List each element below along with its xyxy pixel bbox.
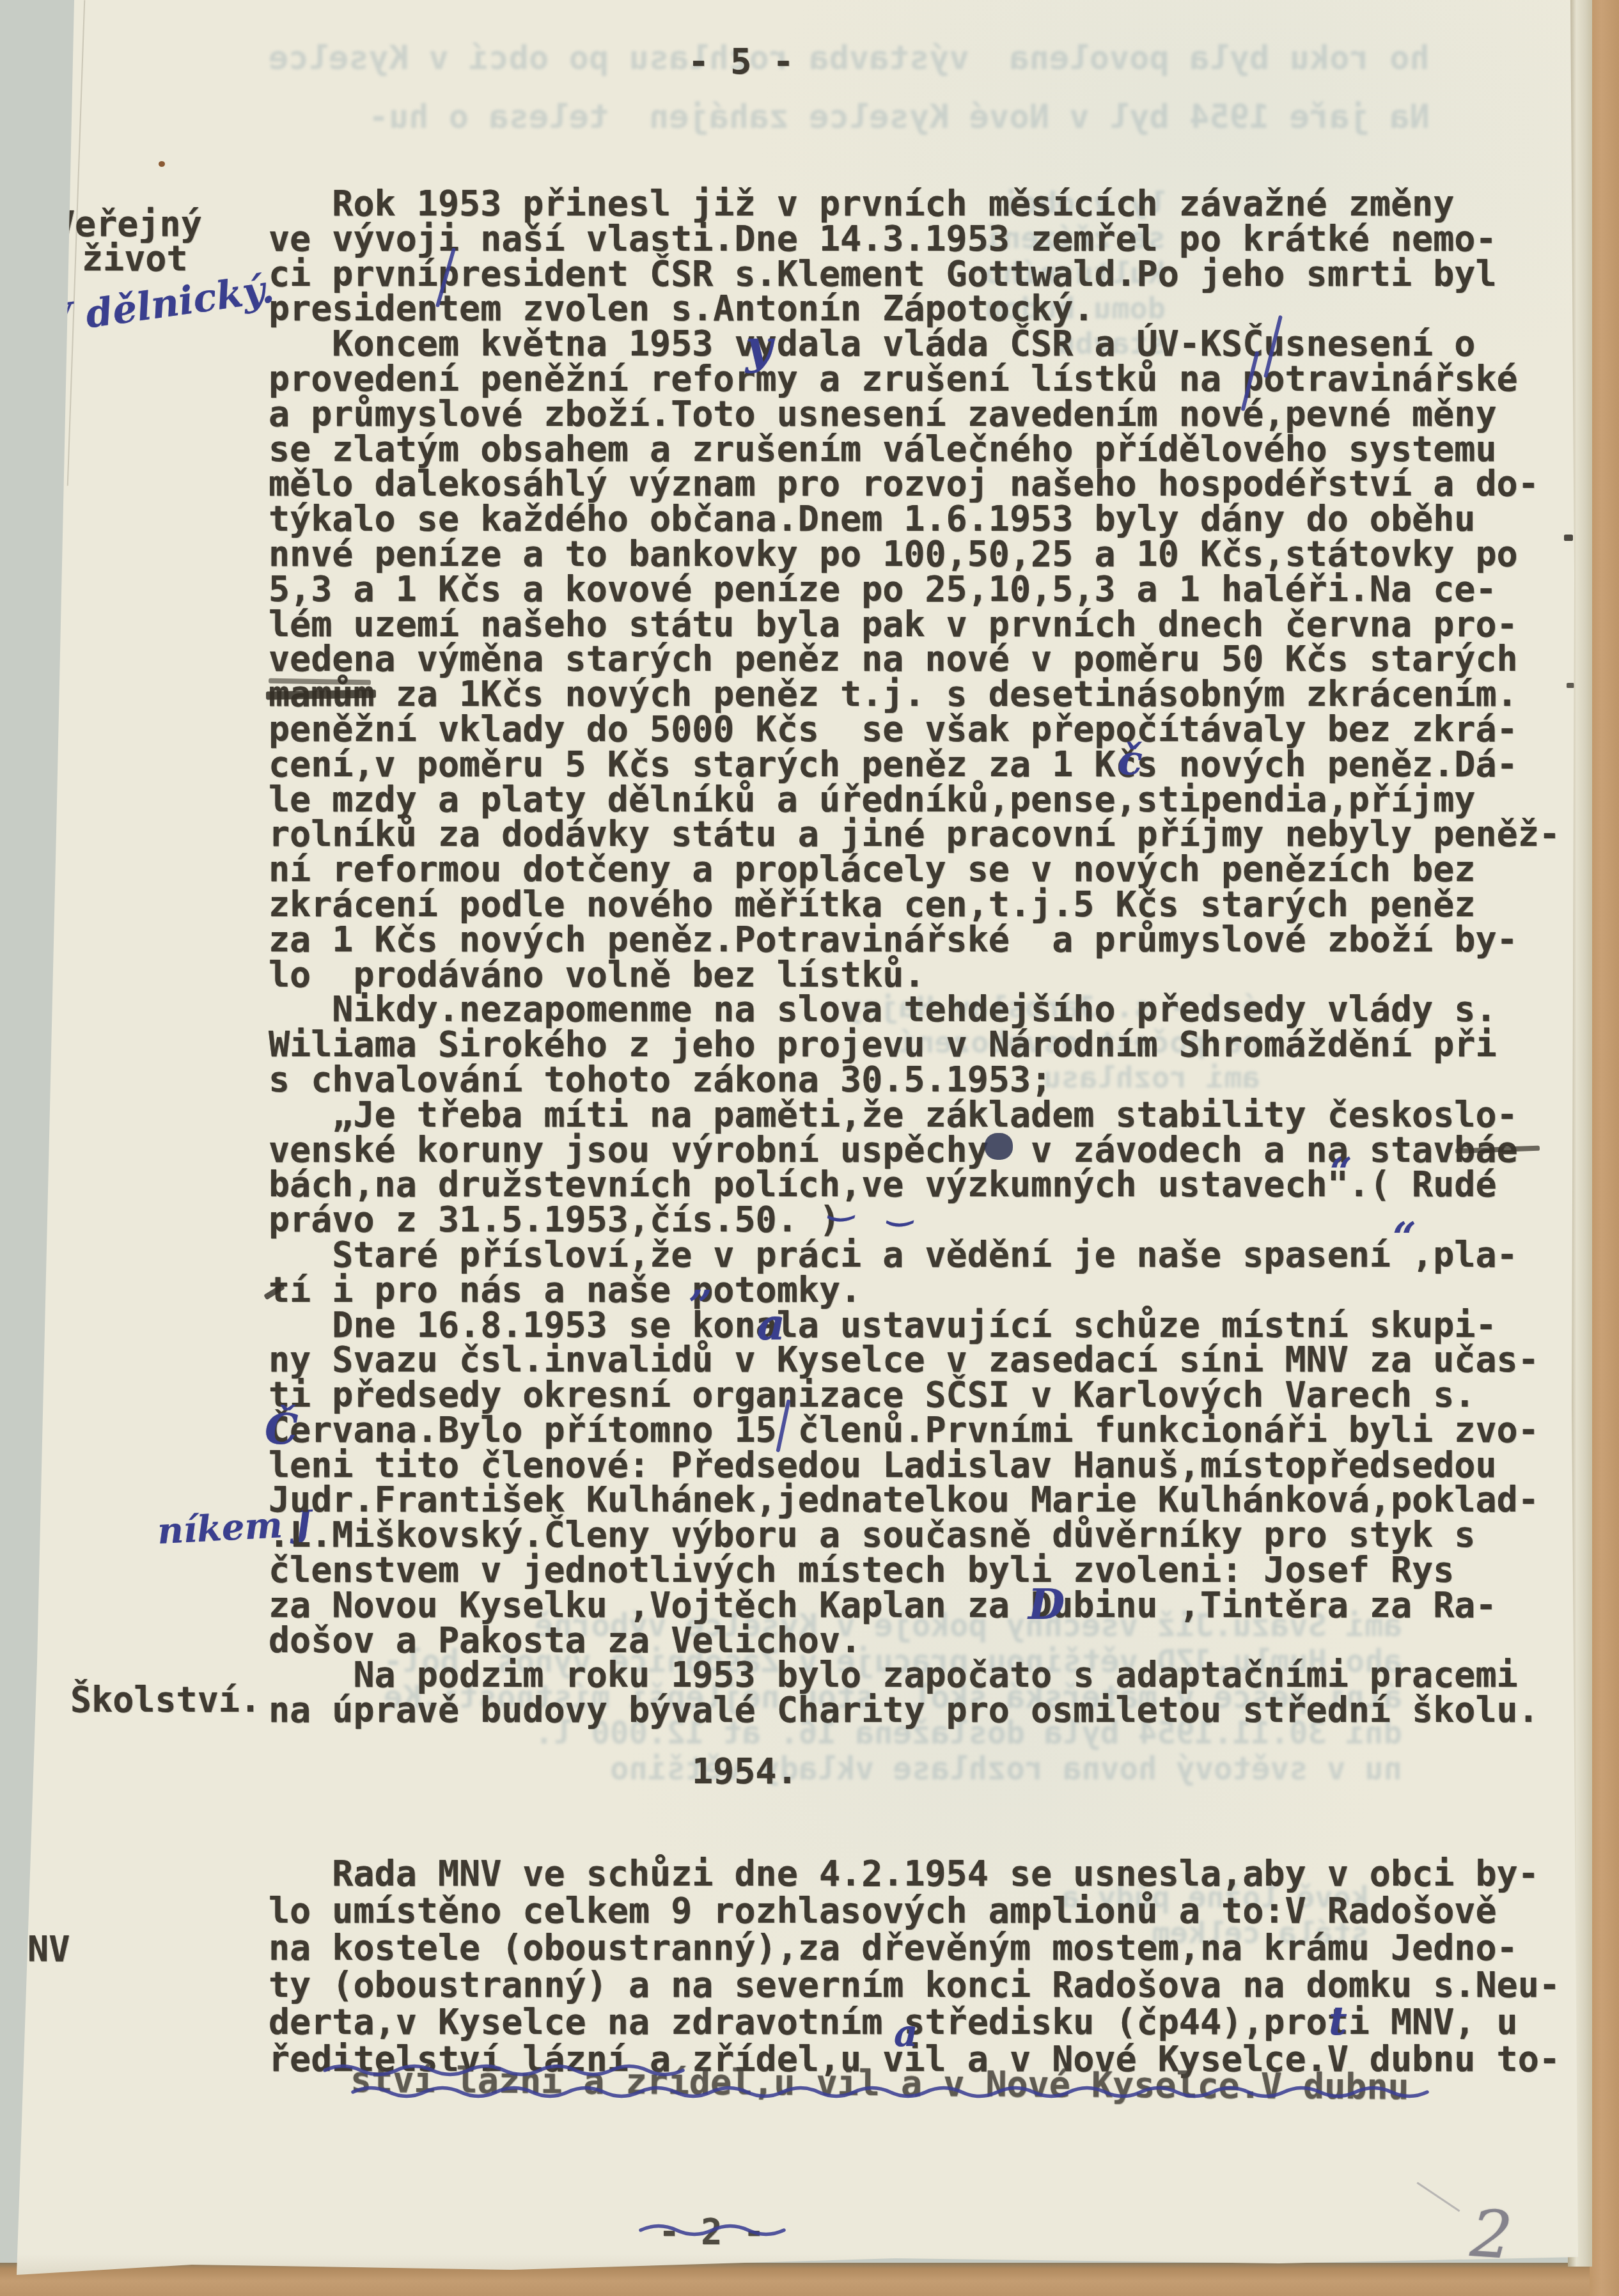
typed-line: za Novou Kyselku ,Vojtěch Kaplan za Dubi… [269, 1588, 1560, 1623]
year-heading-1954: 1954. [692, 1751, 798, 1792]
book-cover-bottom-edge [0, 2263, 1619, 2296]
handwritten-correction: D [1028, 1579, 1065, 1629]
typed-line: nnvé peníze a to bankovky po 100,50,25 a… [269, 536, 1560, 572]
typed-line: ní reformou dotčeny a proplácely se v no… [269, 852, 1560, 887]
chronicle-text-1953: Rok 1953 přinesl již v prvních měsících … [269, 186, 1560, 1728]
typed-line: Nikdy.nezapomenme na slova tehdejšího př… [269, 992, 1560, 1027]
typed-line: rolníků za dodávky státu a jiné pracovní… [269, 816, 1560, 852]
typed-line: cení,v poměru 5 Kčs starých peněz za 1 K… [269, 747, 1560, 782]
ink-speck [159, 161, 165, 167]
pencil-stroke [1416, 2182, 1460, 2212]
handwritten-correction: „ [689, 1258, 713, 1306]
margin-note-skolstvi: Školství. [70, 1679, 261, 1720]
typed-line: le mzdy a platy dělníků a úředníků,pense… [269, 782, 1560, 817]
handwritten-correction: Č [265, 1404, 299, 1454]
typed-line: presidentem zvolen s.Antonín Zápotocký. [269, 291, 1560, 326]
typed-line: vedena výměna starých peněz na nové v po… [269, 641, 1560, 676]
strikethrough-wave [353, 2081, 1373, 2104]
paper-crease [35, 448, 61, 933]
bleedthrough-text: ho roku byla povolena výstavba rozhlasu … [269, 29, 1430, 146]
typed-line: 5,3 a 1 Kčs a kovové peníze po 25,10,5,3… [269, 572, 1560, 607]
scanner-background: ho roku byla povolena výstavba rozhlasu … [0, 0, 1619, 2296]
typed-line: Rok 1953 přinesl již v prvních měsících … [269, 186, 1560, 221]
typed-line: leni tito členové: Předsedou Ladislav Ha… [269, 1448, 1560, 1483]
typed-line: se zlatým obsahem a zrušením válečného p… [269, 432, 1560, 467]
paper-hole [28, 771, 47, 785]
typed-line: právo z 31.5.1953,čís.50. ) [269, 1202, 1560, 1237]
typed-line: došov a Pakosta za Velichov. [269, 1623, 1560, 1658]
handwritten-correction: č [1118, 737, 1143, 785]
typed-line: Dne 16.8.1953 se konala ustavující schůz… [269, 1308, 1560, 1343]
handwritten-correction: a [894, 2011, 918, 2055]
handwritten-correction: ‿ [830, 1187, 854, 1221]
typed-line: mělo dalekosáhlý význam pro rozvoj našeh… [269, 466, 1560, 501]
typed-line: mamům za 1Kčs nových peněz t.j. s deseti… [269, 676, 1560, 712]
strikethrough-wave [325, 2059, 657, 2082]
handwritten-correction: “ [1393, 1214, 1416, 1261]
handwritten-correction: a [757, 1299, 785, 1350]
handwritten-correction: “ [1330, 1150, 1352, 1194]
typed-line: Koncem května 1953 vydala vláda ČSR a ÚV… [269, 326, 1560, 361]
overtype-strike [985, 1133, 1013, 1160]
typed-line: za 1 Kčs nových peněz.Potravinářské a pr… [269, 922, 1560, 957]
strikethrough-wave [641, 2219, 781, 2242]
page-number: - 5 - [688, 41, 794, 82]
typed-line: ty (oboustranný) a na severním konci Rad… [269, 1966, 1560, 2003]
ink-speck [1567, 683, 1574, 688]
typed-line: Na podzim roku 1953 bylo započato s adap… [269, 1657, 1560, 1692]
typed-line: a průmyslové zboží.Toto usnesení zaveden… [269, 396, 1560, 432]
typed-line: ci prvnípresident ČSR s.Klement Gottwald… [269, 256, 1560, 292]
typed-line: Červana.Bylo přítomno 15 členů.Prvními f… [269, 1412, 1560, 1448]
typed-line: s chvalování tohoto zákona 30.5.1953; [269, 1062, 1560, 1097]
typed-line: lo prodáváno volně bez lístků. [269, 957, 1560, 992]
ink-speck [1564, 535, 1573, 541]
typed-line: ve vývoji naší vlasti.Dne 14.3.1953 zemř… [269, 221, 1560, 256]
typed-line: lo umístěno celkem 9 rozhlasových amplio… [269, 1892, 1560, 1929]
typed-line: provedení peněžní reformy a zrušení líst… [269, 361, 1560, 396]
typed-line: Rada MNV ve schůzi dne 4.2.1954 se usnes… [269, 1855, 1560, 1892]
margin-note-zivot: život [82, 238, 188, 279]
typed-line: .L.Miškovský.Členy výboru a současně dův… [269, 1517, 1560, 1552]
typed-line: venské koruny jsou výrobní uspěchy v záv… [269, 1132, 1560, 1168]
typed-line: členstvem v jednotlivých místech byli zv… [269, 1552, 1560, 1588]
typed-line: Staré přísloví,že v práci a vědění je na… [269, 1237, 1560, 1272]
typed-line: zkrácení podle nového měřítka cen,t.j.5 … [269, 887, 1560, 922]
typed-line: lém uzemí našeho státu byla pak v prvníc… [269, 607, 1560, 642]
handwritten-correction: ‿ [889, 1192, 912, 1226]
typed-line: Judr.František Kulhánek,jednatelkou Mari… [269, 1482, 1560, 1517]
handwritten-correction: y [746, 320, 772, 374]
paper-hole [42, 802, 54, 810]
typed-line: na kostele (oboustranný),za dřevěným mos… [269, 1929, 1560, 1966]
book-cover-right-edge [1590, 0, 1619, 2296]
typed-line: peněžní vklady do 5000 Kčs se však přepo… [269, 712, 1560, 747]
typed-line: ny Svazu čsl.invalidů v Kyselce v zaseda… [269, 1342, 1560, 1377]
typed-line: „Je třeba míti na paměti,že základem sta… [269, 1097, 1560, 1132]
typed-line: týkalo se každého občana.Dnem 1.6.1953 b… [269, 501, 1560, 536]
typed-line: na úpravě budovy bývalé Charity pro osmi… [269, 1692, 1560, 1728]
typed-line: ti předsedy okresní organizace SČSI v Ka… [269, 1377, 1560, 1412]
document-page: ho roku byla povolena výstavba rozhlasu … [0, 0, 1619, 2296]
typed-line: Wiliama Sirokého z jeho projevu v Národn… [269, 1027, 1560, 1062]
typed-line: bách,na družstevních polích,ve výzkumnýc… [269, 1167, 1560, 1202]
handwritten-correction: t [1329, 1997, 1347, 2044]
typed-line: tí i pro nás a naše potomky. [269, 1272, 1560, 1308]
margin-note-mnv: MNV [6, 1928, 70, 1969]
